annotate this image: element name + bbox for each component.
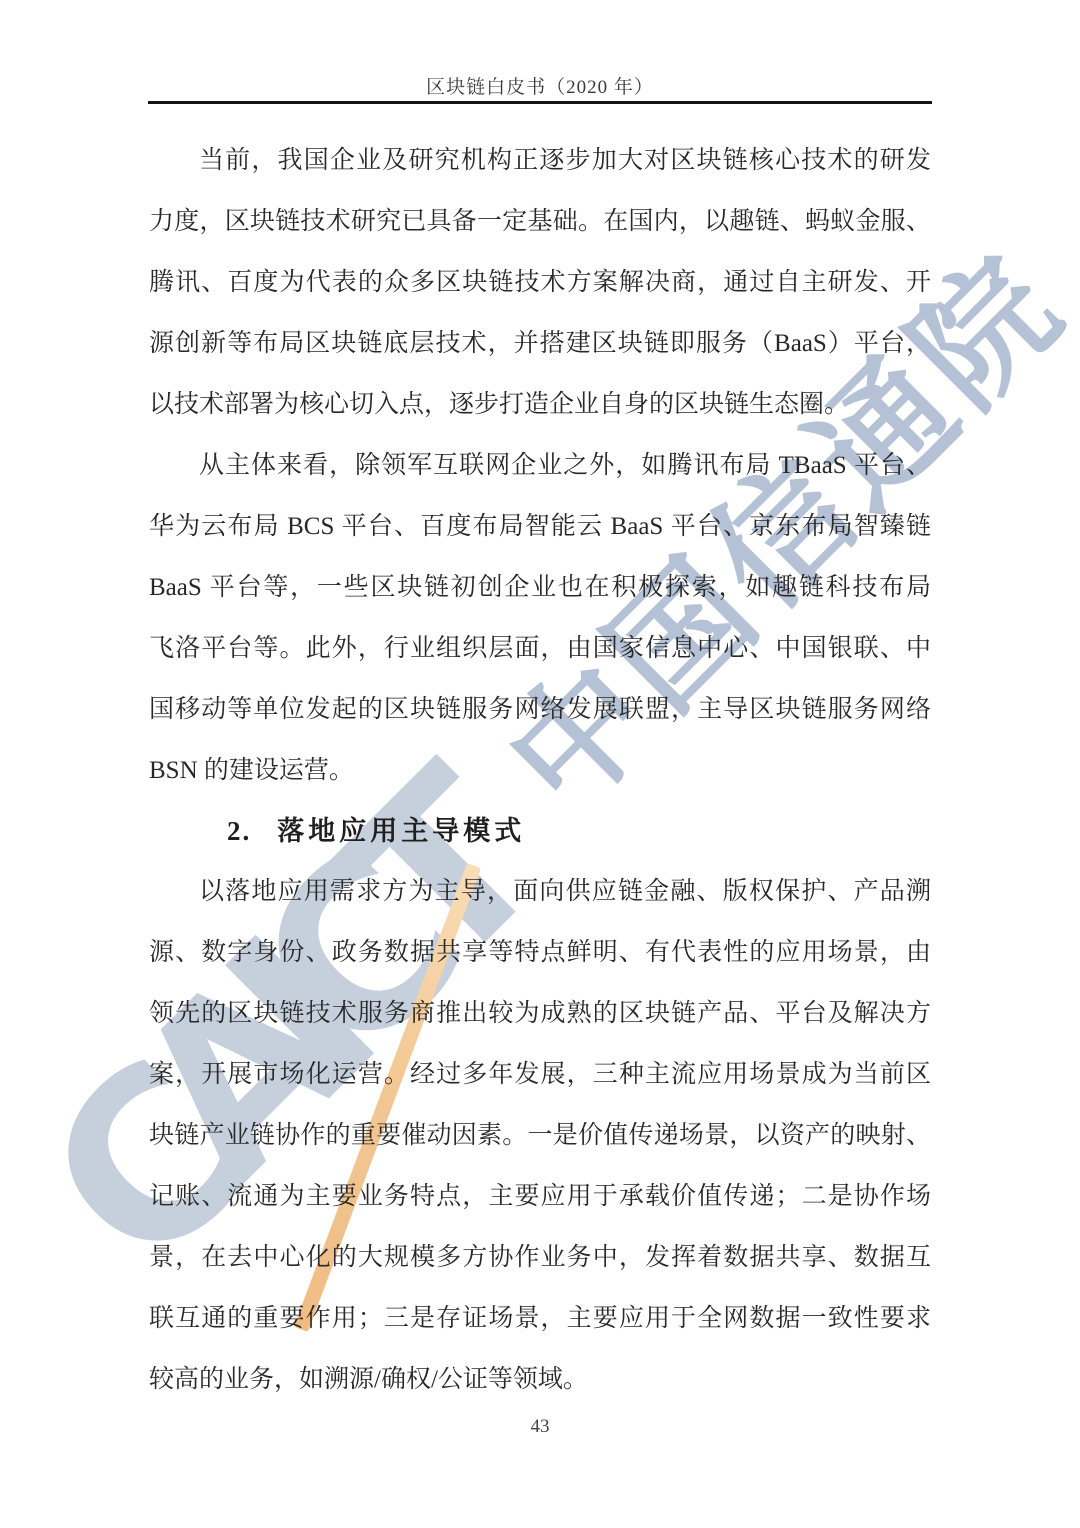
text-line: 飞洛平台等。此外，行业组织层面，由国家信息中心、中国银联、中: [149, 618, 931, 679]
header-rule: [148, 101, 932, 104]
section-heading-number: 2.: [227, 816, 251, 846]
text-line: BaaS 平台等，一些区块链初创企业也在积极探索，如趣链科技布局: [149, 557, 931, 618]
text-line: 领先的区块链技术服务商推出较为成熟的区块链产品、平台及解决方: [149, 983, 931, 1044]
text-line: 较高的业务，如溯源/确权/公证等领域。: [149, 1349, 931, 1410]
text-line: 当前，我国企业及研究机构正逐步加大对区块链核心技术的研发: [149, 130, 931, 191]
text-line: 联互通的重要作用；三是存证场景，主要应用于全网数据一致性要求: [149, 1288, 931, 1349]
text-line: 从主体来看，除领军互联网企业之外，如腾讯布局 TBaaS 平台、: [149, 435, 931, 496]
paragraph: 以落地应用需求方为主导，面向供应链金融、版权保护、产品溯源、数字身份、政务数据共…: [149, 861, 931, 1410]
text-line: 景，在去中心化的大规模多方协作业务中，发挥着数据共享、数据互: [149, 1227, 931, 1288]
text-line: BSN 的建设运营。: [149, 740, 931, 801]
text-line: 国移动等单位发起的区块链服务网络发展联盟，主导区块链服务网络: [149, 679, 931, 740]
text-line: 源、数字身份、政务数据共享等特点鲜明、有代表性的应用场景，由: [149, 922, 931, 983]
paragraph: 从主体来看，除领军互联网企业之外，如腾讯布局 TBaaS 平台、华为云布局 BC…: [149, 435, 931, 801]
page-number: 43: [0, 1416, 1080, 1438]
text-line: 块链产业链协作的重要催动因素。一是价值传递场景，以资产的映射、: [149, 1105, 931, 1166]
section-heading: 2.落地应用主导模式: [149, 801, 931, 861]
document-page: 区块链白皮书（2020 年） CAICT 中国信通院 当前，我国企业及研究机构正…: [0, 0, 1080, 1528]
section-heading-title: 落地应用主导模式: [277, 816, 525, 846]
text-line: 以落地应用需求方为主导，面向供应链金融、版权保护、产品溯: [149, 861, 931, 922]
text-line: 记账、流通为主要业务特点，主要应用于承载价值传递；二是协作场: [149, 1166, 931, 1227]
text-line: 腾讯、百度为代表的众多区块链技术方案解决商，通过自主研发、开: [149, 252, 931, 313]
header-title: 区块链白皮书（2020 年）: [0, 72, 1080, 99]
text-line: 源创新等布局区块链底层技术，并搭建区块链即服务（BaaS）平台，: [149, 313, 931, 374]
document-body: 当前，我国企业及研究机构正逐步加大对区块链核心技术的研发力度，区块链技术研究已具…: [149, 130, 931, 1410]
text-line: 案，开展市场化运营。经过多年发展，三种主流应用场景成为当前区: [149, 1044, 931, 1105]
text-line: 以技术部署为核心切入点，逐步打造企业自身的区块链生态圈。: [149, 374, 931, 435]
text-line: 华为云布局 BCS 平台、百度布局智能云 BaaS 平台、京东布局智臻链: [149, 496, 931, 557]
text-line: 力度，区块链技术研究已具备一定基础。在国内，以趣链、蚂蚁金服、: [149, 191, 931, 252]
paragraph: 当前，我国企业及研究机构正逐步加大对区块链核心技术的研发力度，区块链技术研究已具…: [149, 130, 931, 435]
